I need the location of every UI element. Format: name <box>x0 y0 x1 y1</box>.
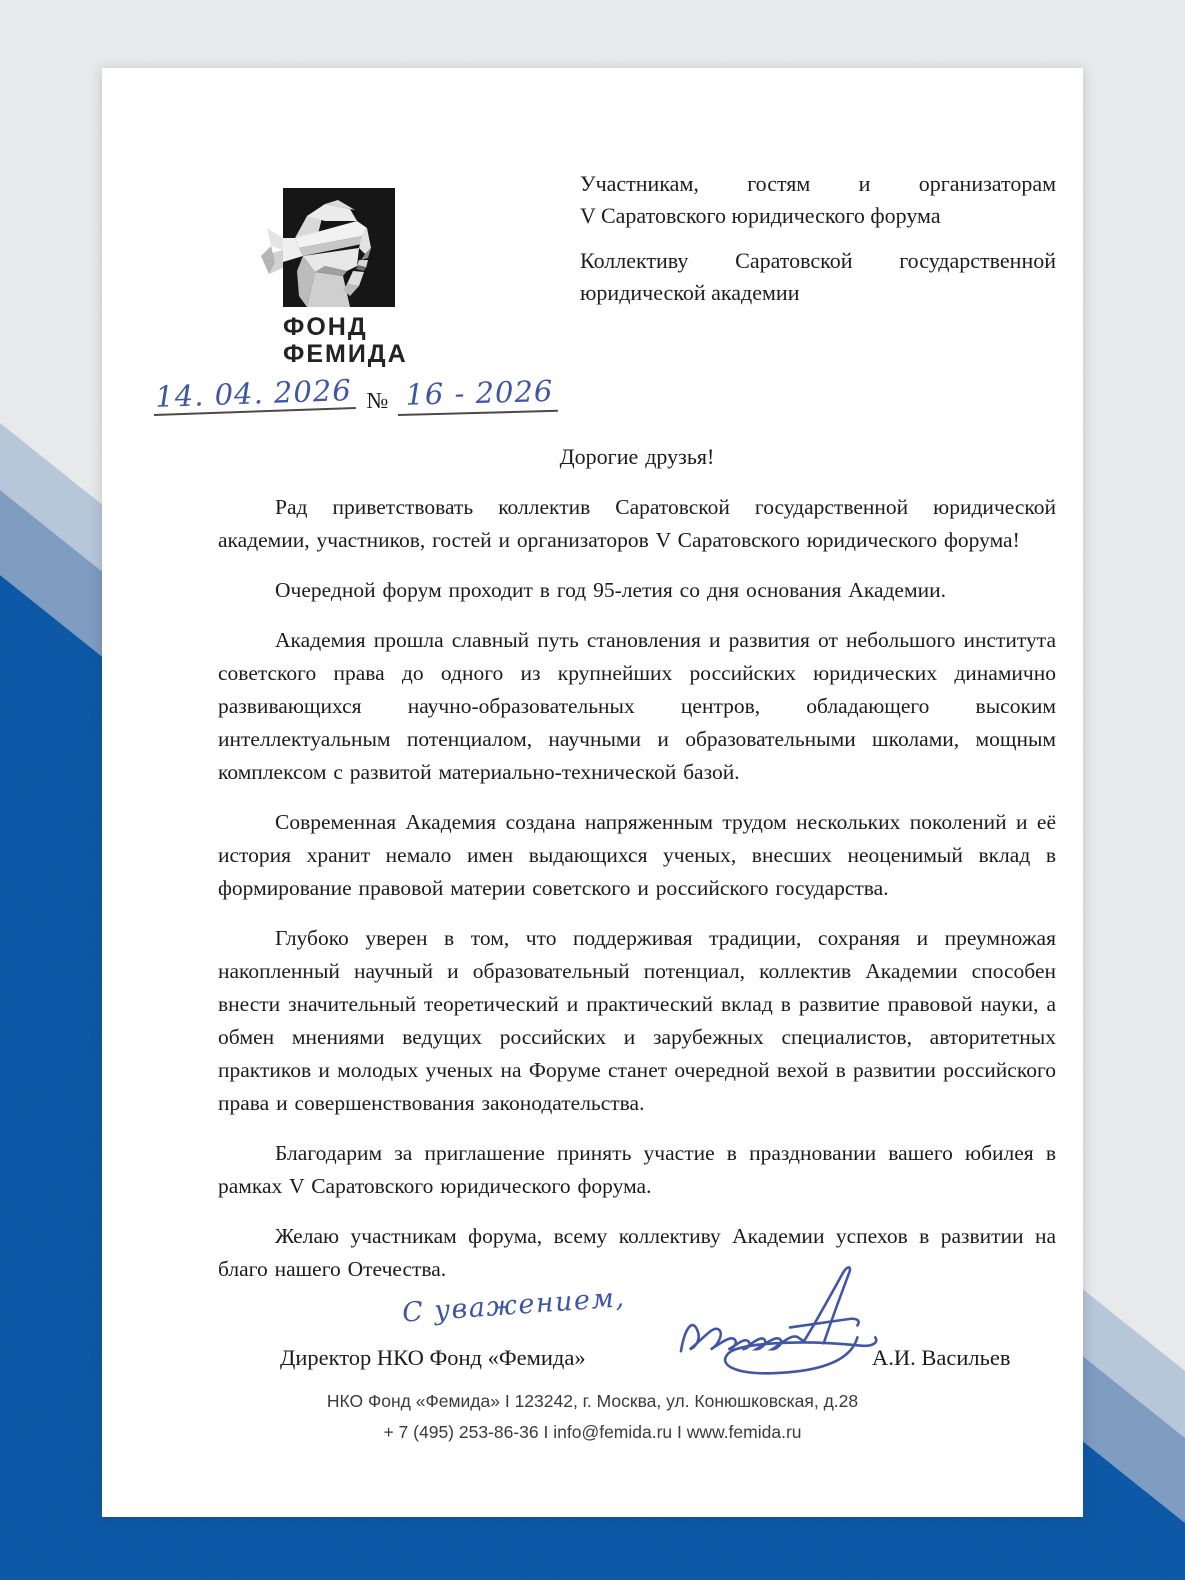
salutation: Дорогие друзья! <box>218 440 1056 473</box>
recipient-line: Коллективу Саратовской государственной <box>580 245 1056 277</box>
signer-title: Директор НКО Фонд «Фемида» <box>280 1345 586 1371</box>
footer-address-line: НКО Фонд «Фемида» I 123242, г. Москва, у… <box>102 1386 1083 1417</box>
registration-line: 14. 04. 2026 № 16 - 2026 <box>154 368 594 416</box>
recipient-line: юридической академии <box>580 277 1056 309</box>
paragraph-5: Глубоко уверен в том, что поддерживая тр… <box>218 922 1056 1120</box>
org-name: ФОНД ФЕМИДА <box>283 314 408 368</box>
recipient-group-2: Коллективу Саратовской государственной ю… <box>580 245 1056 308</box>
paragraph-2: Очередной форум проходит в год 95-летия … <box>218 574 1056 607</box>
paragraph-3: Академия прошла славный путь становления… <box>218 624 1056 789</box>
recipient-line: Участникам, гостям и организаторам <box>580 168 1056 200</box>
femida-logo-icon <box>255 176 401 311</box>
number-sign: № <box>366 388 388 416</box>
paragraph-4: Современная Академия создана напряженным… <box>218 806 1056 905</box>
reg-number-handwritten: 16 - 2026 <box>397 374 558 416</box>
signer-name: А.И. Васильев <box>872 1345 1011 1371</box>
recipient-group-1: Участникам, гостям и организаторам V Сар… <box>580 168 1056 231</box>
org-name-line1: ФОНД <box>283 314 408 341</box>
recipient-line: V Саратовского юридического форума <box>580 200 1056 232</box>
signature-autograph-icon <box>675 1264 903 1378</box>
footer-phone-email-line: + 7 (495) 253-86-36 I info@femida.ru I w… <box>102 1417 1083 1448</box>
recipient-block: Участникам, гостям и организаторам V Сар… <box>580 168 1056 322</box>
footer-contacts: НКО Фонд «Фемида» I 123242, г. Москва, у… <box>102 1386 1083 1448</box>
letter-page: ФОНД ФЕМИДА 14. 04. 2026 № 16 - 2026 Уча… <box>102 68 1083 1517</box>
paragraph-1: Рад приветствовать коллектив Саратовской… <box>218 491 1056 557</box>
org-name-line2: ФЕМИДА <box>283 341 408 368</box>
scanned-letter-screenshot: { "letterhead": { "org_name_line1": "ФОН… <box>0 0 1185 1580</box>
paragraph-6: Благодарим за приглашение принять участи… <box>218 1137 1056 1203</box>
letter-body: Дорогие друзья! Рад приветствовать колле… <box>218 440 1056 1340</box>
reg-date-handwritten: 14. 04. 2026 <box>153 373 357 416</box>
paragraph-7: Желаю участникам форума, всему коллектив… <box>218 1220 1056 1286</box>
